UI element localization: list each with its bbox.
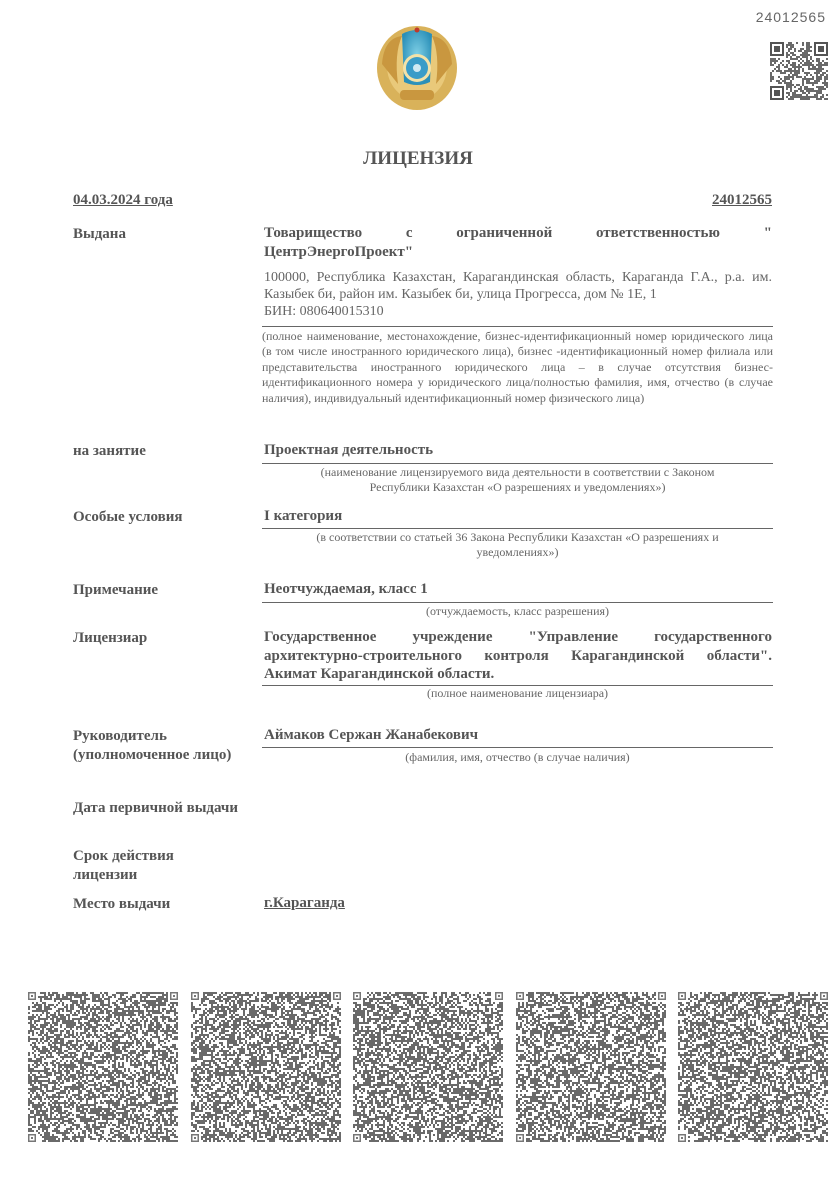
hint-special-conditions: (в соответствии со статьей 36 Закона Рес… xyxy=(262,530,773,560)
special-conditions-value: I категория xyxy=(264,507,772,526)
label-validity-line1: Срок действия xyxy=(73,846,174,866)
label-validity-line2: лицензии xyxy=(73,865,137,885)
qr-code-icon xyxy=(770,42,828,100)
qr-code-icon xyxy=(678,992,828,1142)
divider xyxy=(262,463,773,464)
licensee-bin: БИН: 080640015310 xyxy=(264,303,772,320)
head-value: Аймаков Сержан Жанабекович xyxy=(264,726,772,745)
document-title: ЛИЦЕНЗИЯ xyxy=(0,148,836,170)
qr-code-icon xyxy=(516,992,666,1142)
label-head-line1: Руководитель xyxy=(73,726,167,746)
place-value: г.Караганда xyxy=(264,894,772,913)
document-number-top: 24012565 xyxy=(756,9,826,25)
label-place: Место выдачи xyxy=(73,894,170,914)
license-date: 04.03.2024 года xyxy=(73,192,173,209)
divider xyxy=(262,747,773,748)
label-activity: на занятие xyxy=(73,441,146,461)
divider xyxy=(262,528,773,529)
label-note: Примечание xyxy=(73,580,158,600)
qr-code-icon xyxy=(191,992,341,1142)
activity-value: Проектная деятельность xyxy=(264,441,772,460)
qr-code-icon xyxy=(353,992,503,1142)
hint-licensor: (полное наименование лицензиара) xyxy=(262,686,773,701)
hint-head: (фамилия, имя, отчество (в случае наличи… xyxy=(262,750,773,765)
licensee-name-line1: Товарищество с ограниченной ответственно… xyxy=(264,224,772,243)
label-special-conditions: Особые условия xyxy=(73,507,183,527)
state-emblem-icon xyxy=(374,24,460,112)
divider xyxy=(262,602,773,603)
licensor-value: Государственное учреждение "Управление г… xyxy=(264,628,772,684)
divider xyxy=(262,326,773,327)
label-head-line2: (уполномоченное лицо) xyxy=(73,745,231,765)
licensee-address: 100000, Республика Казахстан, Карагандин… xyxy=(264,269,772,303)
label-issued-to: Выдана xyxy=(73,224,126,244)
hint-note: (отчуждаемость, класс разрешения) xyxy=(262,604,773,619)
hint-activity: (наименование лицензируемого вида деятел… xyxy=(262,465,773,495)
qr-code-strip xyxy=(28,992,828,1142)
label-licensor: Лицензиар xyxy=(73,628,147,648)
licensee-name-line2: ЦентрЭнергоПроект" xyxy=(264,243,772,262)
hint-issued-to: (полное наименование, местонахождение, б… xyxy=(262,329,773,406)
label-first-issue-date: Дата первичной выдачи xyxy=(73,798,238,818)
qr-code-icon xyxy=(28,992,178,1142)
note-value: Неотчуждаемая, класс 1 xyxy=(264,580,772,599)
license-number: 24012565 xyxy=(712,192,772,209)
